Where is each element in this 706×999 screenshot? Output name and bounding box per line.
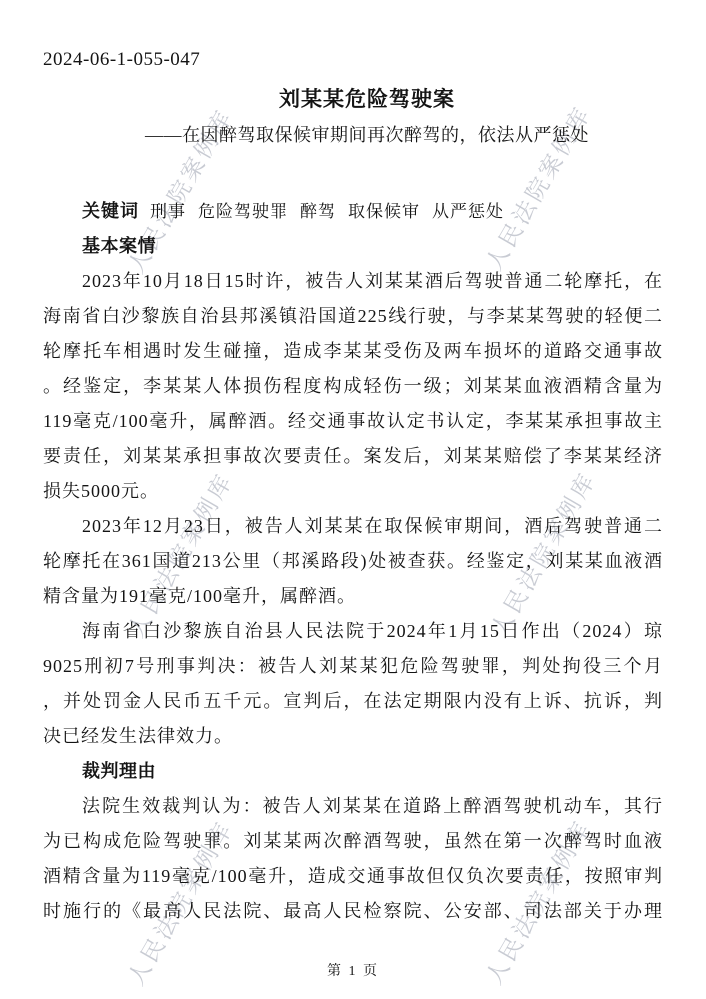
body-line: 为已构成危险驾驶罪。刘某某两次醉酒驾驶，虽然在第一次醉驾时血液 xyxy=(43,824,663,859)
body-line: 119毫克/100毫升，属醉酒。经交通事故认定书认定，李某某承担事故主 xyxy=(43,404,663,439)
section-heading: 基本案情 xyxy=(43,229,663,264)
body-line: 2023年10月18日15时许，被告人刘某某酒后驾驶普通二轮摩托，在 xyxy=(43,264,663,299)
body-line: 。经鉴定，李某某人体损伤程度构成轻伤一级；刘某某血液酒精含量为 xyxy=(43,369,663,404)
document-body: 基本案情2023年10月18日15时许，被告人刘某某酒后驾驶普通二轮摩托，在海南… xyxy=(43,229,663,929)
section-heading: 裁判理由 xyxy=(43,754,663,789)
case-title: 刘某某危险驾驶案 xyxy=(57,84,677,114)
document-page: 人民法院案例库人民法院案例库人民法院案例库人民法院案例库人民法院案例库人民法院案… xyxy=(0,0,706,999)
keyword-item: 取保候审 xyxy=(348,202,420,221)
body-line: 精含量为191毫克/100毫升，属醉酒。 xyxy=(43,579,663,614)
keyword-item: 醉驾 xyxy=(300,202,336,221)
case-number: 2024-06-1-055-047 xyxy=(43,49,663,71)
body-line: 2023年12月23日，被告人刘某某在取保候审期间，酒后驾驶普通二 xyxy=(43,509,663,544)
keywords-label: 关键词 xyxy=(82,201,139,221)
body-line: 决已经发生法律效力。 xyxy=(43,719,663,754)
page-number: 第 1 页 xyxy=(0,960,706,980)
body-line: 轮摩托车相遇时发生碰撞，造成李某某受伤及两车损坏的道路交通事故 xyxy=(43,334,663,369)
body-line: 要责任，刘某某承担事故次要责任。案发后，刘某某赔偿了李某某经济 xyxy=(43,439,663,474)
body-line: 9025刑初7号刑事判决：被告人刘某某犯危险驾驶罪，判处拘役三个月 xyxy=(43,649,663,684)
keywords-line: 关键词刑事危险驾驶罪醉驾取保候审从严惩处 xyxy=(43,194,663,229)
body-line: 轮摩托在361国道213公里（邦溪路段)处被查获。经鉴定，刘某某血液酒 xyxy=(43,544,663,579)
keyword-item: 危险驾驶罪 xyxy=(198,202,288,221)
body-line: 酒精含量为119毫克/100毫升，造成交通事故但仅负次要责任，按照审判 xyxy=(43,859,663,894)
body-line: ，并处罚金人民币五千元。宣判后，在法定期限内没有上诉、抗诉，判 xyxy=(43,684,663,719)
body-line: 损失5000元。 xyxy=(43,474,663,509)
body-line: 法院生效裁判认为：被告人刘某某在道路上醉酒驾驶机动车，其行 xyxy=(43,789,663,824)
body-line: 时施行的《最高人民法院、最高人民检察院、公安部、司法部关于办理 xyxy=(43,894,663,929)
body-line: 海南省白沙黎族自治县人民法院于2024年1月15日作出（2024）琼 xyxy=(43,614,663,649)
keyword-item: 从严惩处 xyxy=(432,202,504,221)
document-content: 2024-06-1-055-047 刘某某危险驾驶案 ——在因醉驾取保候审期间再… xyxy=(0,49,706,929)
keyword-item: 刑事 xyxy=(150,202,186,221)
body-line: 海南省白沙黎族自治县邦溪镇沿国道225线行驶，与李某某驾驶的轻便二 xyxy=(43,299,663,334)
keywords-list: 刑事危险驾驶罪醉驾取保候审从严惩处 xyxy=(150,202,516,221)
case-subtitle: ——在因醉驾取保候审期间再次醉驾的，依法从严惩处 xyxy=(57,122,677,148)
